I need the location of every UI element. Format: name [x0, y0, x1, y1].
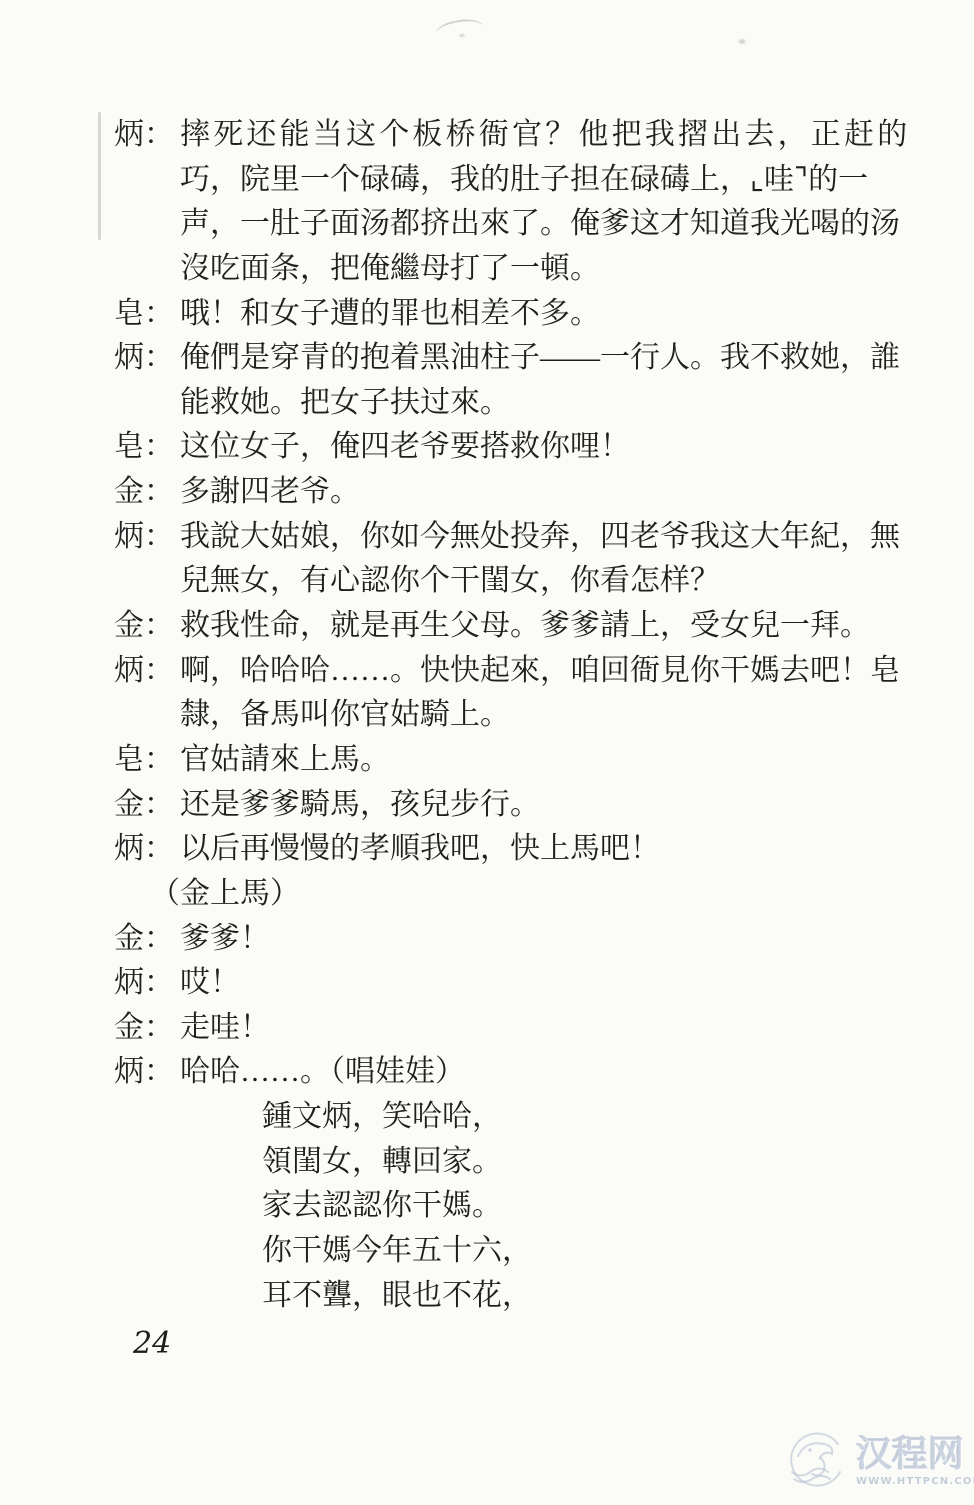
script-line: 沒吃面条，把俺繼母打了一頓。: [0, 247, 974, 292]
line-text: 声，一肚子面汤都挤出來了。俺爹这才知道我光喝的汤: [180, 202, 900, 247]
speaker-label: 金：: [114, 470, 174, 515]
script-line: 隸，备馬叫你官姑騎上。: [0, 693, 974, 738]
line-text: 救我性命，就是再生父母。爹爹請上，受女兒一拜。: [180, 604, 870, 649]
script-line: 金： 爹爹！: [0, 917, 974, 962]
script-line: 金： 救我性命，就是再生父母。爹爹請上，受女兒一拜。: [0, 604, 974, 649]
watermark-text: 汉程网 WWW.HTTPCN.COM: [856, 1436, 974, 1487]
script-line: 皂： 哦！和女子遭的罪也相差不多。: [0, 292, 974, 337]
speaker-label: 皂：: [114, 292, 174, 337]
script-line: 家去認認你干媽。: [0, 1184, 974, 1229]
speaker-label: 皂：: [114, 425, 174, 470]
speaker-label: 炳：: [114, 113, 174, 158]
scan-speck: [458, 33, 466, 38]
script-line: 金： 走哇！: [0, 1006, 974, 1051]
line-text: 哎！: [180, 961, 240, 1006]
line-text: 爹爹！: [180, 917, 270, 962]
speaker-label: 金：: [114, 917, 174, 962]
script-line: 你干媽今年五十六，: [0, 1229, 974, 1274]
line-text: 你干媽今年五十六，: [262, 1229, 532, 1274]
dialogue-block: 炳： 摔死还能当这个板桥衙官？他把我摺出去，正赶的 巧，院里一个碌碡，我的肚子担…: [0, 113, 974, 1318]
scan-smudge: [435, 17, 485, 43]
watermark-brand: 汉程网: [856, 1436, 974, 1472]
script-line: 炳： 我說大姑娘，你如今無处投奔，四老爷我这大年紀，無: [0, 515, 974, 560]
script-line: 炳： 哈哈……。（唱娃娃）: [0, 1050, 974, 1095]
script-line: 声，一肚子面汤都挤出來了。俺爹这才知道我光喝的汤: [0, 202, 974, 247]
line-text: （金上馬）: [150, 872, 300, 917]
script-line: 兒無女，有心認你个干閨女，你看怎样？: [0, 559, 974, 604]
script-line: （金上馬）: [0, 872, 974, 917]
speaker-label: 金：: [114, 783, 174, 828]
speaker-label: 皂：: [114, 738, 174, 783]
speaker-label: 炳：: [114, 649, 174, 694]
line-text: 沒吃面条，把俺繼母打了一頓。: [180, 247, 600, 292]
script-line: 能救她。把女子扶过來。: [0, 381, 974, 426]
page-number: 24: [133, 1322, 171, 1366]
speaker-label: 炳：: [114, 827, 174, 872]
watermark-url: WWW.HTTPCN.COM: [856, 1476, 974, 1487]
line-text: 官姑請來上馬。: [180, 738, 390, 783]
speaker-label: 炳：: [114, 336, 174, 381]
line-text: 俺們是穿青的抱着黑油柱子——一行人。我不救她，誰: [180, 336, 900, 381]
watermark: 汉程网 WWW.HTTPCN.COM: [780, 1422, 970, 1496]
script-line: 領閨女，轉回家。: [0, 1140, 974, 1185]
line-text: 这位女子，俺四老爷要搭救你哩！: [180, 425, 630, 470]
script-line: 金： 还是爹爹騎馬，孩兒步行。: [0, 783, 974, 828]
hancheng-logo-icon: [780, 1422, 852, 1496]
line-text: 走哇！: [180, 1006, 270, 1051]
line-text: 隸，备馬叫你官姑騎上。: [180, 693, 510, 738]
line-text: 巧，院里一个碌碡，我的肚子担在碌碡上，⌞哇⌝的一: [180, 158, 868, 203]
line-text: 以后再慢慢的孝順我吧，快上馬吧！: [180, 827, 660, 872]
script-line: 炳： 哎！: [0, 961, 974, 1006]
script-line: 炳： 俺們是穿青的抱着黑油柱子——一行人。我不救她，誰: [0, 336, 974, 381]
scan-speck: [737, 38, 747, 45]
script-line: 炳： 啊，哈哈哈……。快快起來，咱回衙見你干媽去吧！皂: [0, 649, 974, 694]
line-text: 摔死还能当这个板桥衙官？他把我摺出去，正赶的: [180, 113, 910, 158]
line-text: 多謝四老爷。: [180, 470, 360, 515]
line-text: 哦！和女子遭的罪也相差不多。: [180, 292, 600, 337]
script-line: 炳： 以后再慢慢的孝順我吧，快上馬吧！: [0, 827, 974, 872]
line-text: 能救她。把女子扶过來。: [180, 381, 510, 426]
script-line: 巧，院里一个碌碡，我的肚子担在碌碡上，⌞哇⌝的一: [0, 158, 974, 203]
script-line: 鍾文炳，笑哈哈，: [0, 1095, 974, 1140]
line-text: 还是爹爹騎馬，孩兒步行。: [180, 783, 540, 828]
script-line: 金： 多謝四老爷。: [0, 470, 974, 515]
script-line: 皂： 这位女子，俺四老爷要搭救你哩！: [0, 425, 974, 470]
line-text: 領閨女，轉回家。: [262, 1140, 502, 1185]
speaker-label: 炳：: [114, 515, 174, 560]
speaker-label: 炳：: [114, 1050, 174, 1095]
script-line: 炳： 摔死还能当这个板桥衙官？他把我摺出去，正赶的: [0, 113, 974, 158]
scanned-script-page: 炳： 摔死还能当这个板桥衙官？他把我摺出去，正赶的 巧，院里一个碌碡，我的肚子担…: [0, 0, 974, 1505]
line-text: 啊，哈哈哈……。快快起來，咱回衙見你干媽去吧！皂: [180, 649, 900, 694]
line-text: 兒無女，有心認你个干閨女，你看怎样？: [180, 559, 720, 604]
line-text: 我說大姑娘，你如今無处投奔，四老爷我这大年紀，無: [180, 515, 900, 560]
line-text: 耳不聾，眼也不花，: [262, 1274, 532, 1319]
speaker-label: 金：: [114, 604, 174, 649]
speaker-label: 炳：: [114, 961, 174, 1006]
script-line: 耳不聾，眼也不花，: [0, 1274, 974, 1319]
script-line: 皂： 官姑請來上馬。: [0, 738, 974, 783]
line-text: 家去認認你干媽。: [262, 1184, 502, 1229]
line-text: 哈哈……。（唱娃娃）: [180, 1050, 465, 1095]
line-text: 鍾文炳，笑哈哈，: [262, 1095, 502, 1140]
speaker-label: 金：: [114, 1006, 174, 1051]
